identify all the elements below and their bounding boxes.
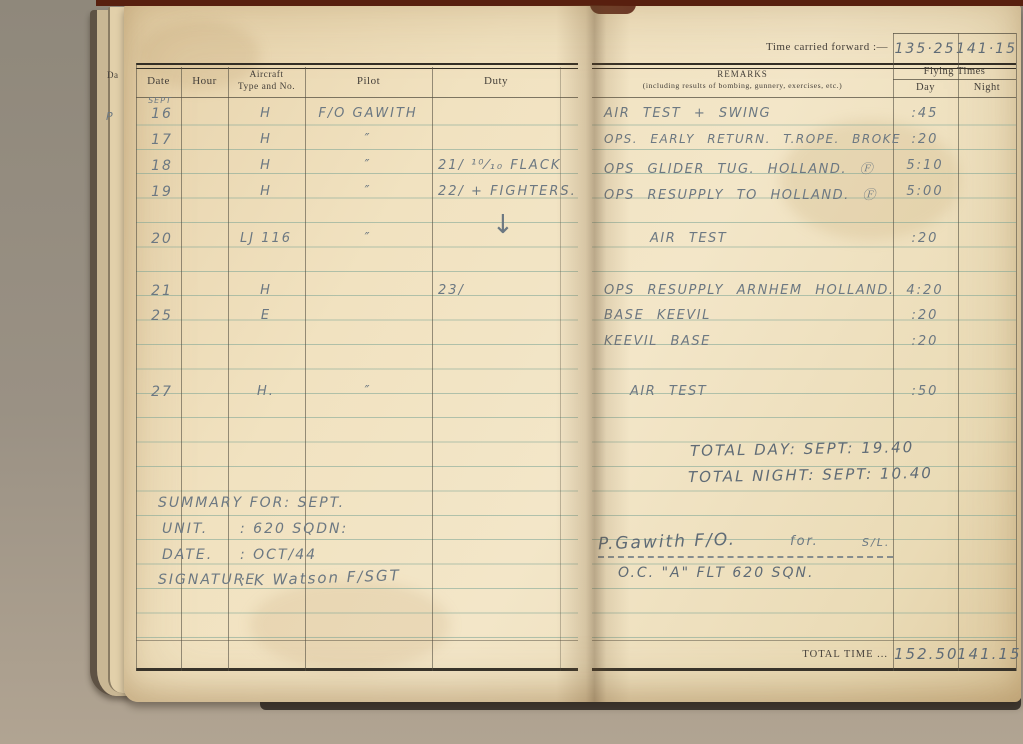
header-bottom-rule-right bbox=[592, 97, 1016, 98]
carried-forward-day-value: 135·25 bbox=[894, 41, 956, 57]
flying-times-divider bbox=[893, 79, 1016, 80]
signoff-rank: S/L. bbox=[862, 536, 890, 549]
col-header-pilot: Pilot bbox=[305, 75, 432, 87]
cell-day: :20 bbox=[894, 308, 956, 323]
cell-duty: 21/ ¹⁰⁄₁₀ FLACK bbox=[438, 158, 570, 173]
log-row: 17 H ″ OPS. EARLY RETURN. T.ROPE. BROKE … bbox=[0, 132, 1023, 154]
cell-date: 16 bbox=[140, 106, 184, 122]
cell-pilot: ″ bbox=[306, 231, 430, 246]
col-header-duty: Duty bbox=[432, 75, 560, 87]
cell-pilot: ″ bbox=[306, 184, 430, 199]
total-time-night-value: 141.15 bbox=[957, 645, 1016, 663]
cell-day: :20 bbox=[894, 132, 956, 147]
cell-day: 4:20 bbox=[894, 283, 956, 298]
col-header-hour: Hour bbox=[181, 75, 228, 87]
signoff-unit-line: O.C. "A" FLT 620 SQN. bbox=[618, 565, 814, 581]
cell-pilot: ″ bbox=[306, 132, 430, 147]
table-bottom-rule-left bbox=[136, 668, 578, 671]
cell-date: 20 bbox=[140, 231, 184, 247]
cell-pilot: F/O GAWITH bbox=[306, 106, 430, 121]
cell-date: 19 bbox=[140, 184, 184, 200]
footer-rule-right bbox=[592, 640, 1016, 641]
log-row: 27 H. ″ AIR TEST :50 bbox=[0, 384, 1023, 406]
signoff-for: for. bbox=[790, 534, 819, 549]
cell-day: :20 bbox=[894, 231, 956, 246]
log-row: 19 H ″ 22/ + FIGHTERS. OPS RESUPPLY TO H… bbox=[0, 184, 1023, 206]
summary-unit-value: : 620 SQDN: bbox=[240, 521, 348, 537]
signoff-dashed-line bbox=[598, 556, 893, 558]
col-header-remarks-line2: (including results of bombing, gunnery, … bbox=[592, 81, 893, 90]
col-header-date: Date bbox=[136, 75, 181, 87]
log-row: 18 H ″ 21/ ¹⁰⁄₁₀ FLACK OPS GLIDER TUG. H… bbox=[0, 158, 1023, 180]
col-header-night: Night bbox=[958, 82, 1016, 93]
cell-aircraft: H bbox=[228, 184, 304, 199]
total-time-label: Total Time ... bbox=[730, 649, 888, 660]
summary-title: SUMMARY FOR: SEPT. bbox=[158, 495, 345, 511]
log-row: 21 H 23/ OPS RESUPPLY ARNHEM HOLLAND. 4:… bbox=[0, 283, 1023, 305]
summary-date-value: : OCT/44 bbox=[240, 547, 317, 563]
cell-duty: 23/ bbox=[438, 283, 570, 298]
cell-day: 5:00 bbox=[894, 184, 956, 199]
cell-remarks: AIR TEST bbox=[630, 384, 920, 399]
total-time-day-value: 152.50 bbox=[894, 645, 956, 663]
cell-aircraft: H bbox=[228, 106, 304, 121]
cell-remarks: OPS RESUPPLY ARNHEM HOLLAND. bbox=[604, 283, 894, 298]
col-header-aircraft-line1: Aircraft bbox=[228, 70, 305, 80]
cell-aircraft: H bbox=[228, 283, 304, 298]
cell-day: :20 bbox=[894, 334, 956, 349]
table-bottom-rule-right bbox=[592, 668, 1016, 671]
col-header-aircraft-line2: Type and No. bbox=[228, 82, 305, 92]
cell-remarks: OPS. EARLY RETURN. T.ROPE. BROKE bbox=[604, 132, 894, 146]
cell-remarks: OPS RESUPPLY TO HOLLAND. Ⓕ bbox=[604, 184, 894, 203]
cell-month: SEPT bbox=[138, 96, 182, 105]
time-carried-forward-label: Time carried forward :— bbox=[640, 41, 888, 53]
summary-unit-label: UNIT. bbox=[162, 521, 208, 537]
cell-aircraft: H. bbox=[228, 384, 304, 399]
cell-remarks: AIR TEST + SWING bbox=[604, 106, 894, 121]
cell-aircraft: E bbox=[228, 308, 304, 323]
cell-remarks: OPS GLIDER TUG. HOLLAND. Ⓕ bbox=[604, 158, 894, 177]
carried-box-top-rule bbox=[893, 33, 1016, 34]
col-header-remarks-line1: Remarks bbox=[592, 69, 893, 79]
cell-aircraft: H bbox=[228, 158, 304, 173]
book-spine-shadow bbox=[556, 5, 630, 702]
footer-rule-left bbox=[136, 640, 578, 641]
log-row: 20 LJ 116 ″ AIR TEST :20 bbox=[0, 231, 1023, 253]
cell-aircraft: H bbox=[228, 132, 304, 147]
cell-date: 25 bbox=[140, 308, 184, 324]
header-bottom-rule-left bbox=[136, 97, 578, 98]
cell-date: 18 bbox=[140, 158, 184, 174]
log-row: SEPT 16 H F/O GAWITH AIR TEST + SWING :4… bbox=[0, 106, 1023, 128]
cell-remarks: KEEVIL BASE bbox=[604, 334, 894, 349]
cell-date: 17 bbox=[140, 132, 184, 148]
cell-date: 21 bbox=[140, 283, 184, 299]
cell-day: :45 bbox=[894, 106, 956, 121]
cell-pilot: ″ bbox=[306, 384, 430, 399]
col-line bbox=[136, 63, 137, 671]
ruled-lines-right bbox=[592, 101, 1016, 640]
cell-pilot: ″ bbox=[306, 158, 430, 173]
cell-date: 27 bbox=[140, 384, 184, 400]
cell-day: :50 bbox=[894, 384, 956, 399]
cell-day: 5:10 bbox=[894, 158, 956, 173]
summary-date-label: DATE. bbox=[162, 547, 213, 563]
carried-forward-night-value: 141·15 bbox=[956, 41, 1016, 57]
cell-remarks: BASE KEEVIL bbox=[604, 308, 894, 323]
log-row: 25 E BASE KEEVIL :20 bbox=[0, 308, 1023, 330]
log-row: KEEVIL BASE :20 bbox=[0, 334, 1023, 356]
col-header-day: Day bbox=[893, 82, 958, 93]
edge-partial-header: Da bbox=[107, 70, 119, 80]
logbook-scan: Da P Time carried forward :— 135·25 141·… bbox=[0, 0, 1023, 744]
col-header-flying-times: Flying Times bbox=[893, 66, 1016, 77]
table-top-rule-left bbox=[136, 63, 578, 69]
cell-aircraft: LJ 116 bbox=[228, 231, 304, 246]
cell-duty: 22/ + FIGHTERS. bbox=[438, 184, 570, 199]
